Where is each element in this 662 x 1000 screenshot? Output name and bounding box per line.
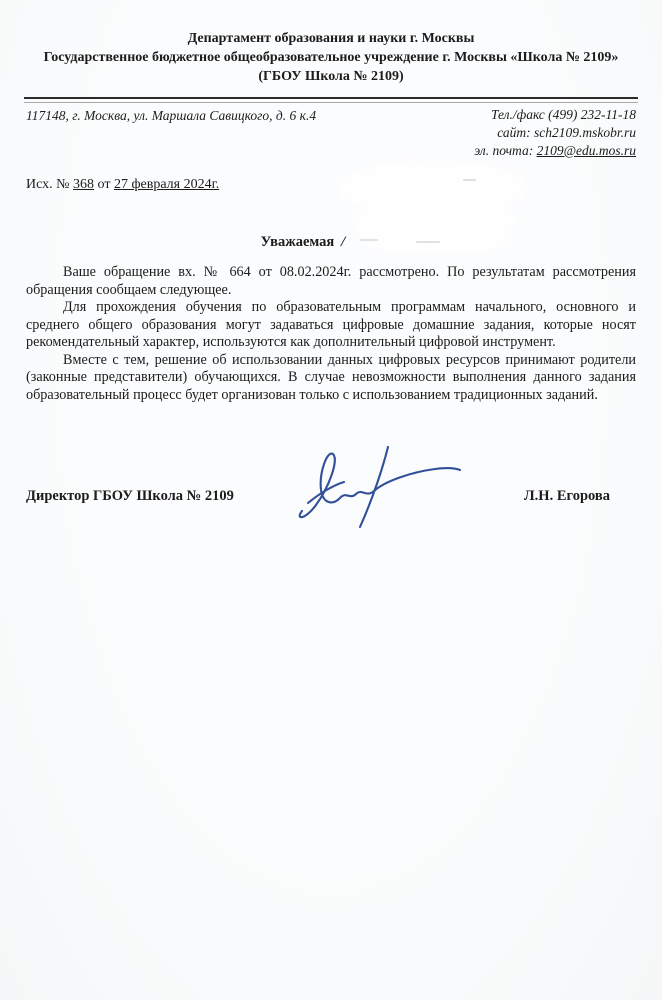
website-value: sch2109.mskobr.ru bbox=[534, 125, 636, 140]
ref-prefix: Исх. № bbox=[26, 177, 73, 192]
contact-block: 117148, г. Москва, ул. Маршала Савицкого… bbox=[0, 103, 662, 160]
redaction-ink-speck bbox=[416, 241, 440, 243]
email-label: эл. почта: bbox=[474, 143, 536, 158]
letter-body: Ваше обращение вх. № 664 от 08.02.2024г.… bbox=[0, 251, 662, 404]
paragraph-response-intro: Ваше обращение вх. № 664 от 08.02.2024г.… bbox=[26, 264, 636, 299]
handwritten-signature bbox=[292, 443, 470, 531]
signatory-position: Директор ГБОУ Школа № 2109 bbox=[26, 488, 234, 505]
letterhead: Департамент образования и науки г. Москв… bbox=[0, 0, 662, 86]
ref-date: 27 февраля 2024г. bbox=[114, 177, 219, 192]
contact-details: Тел./факс (499) 232-11-18 сайт: sch2109.… bbox=[474, 106, 636, 160]
email-value: 2109@edu.mos.ru bbox=[537, 143, 636, 158]
letterhead-line-institution: Государственное бюджетное общеобразовате… bbox=[0, 48, 662, 67]
paragraph-digital-homework: Для прохождения обучения по образователь… bbox=[26, 299, 636, 352]
signatory-name: Л.Н. Егорова bbox=[524, 488, 610, 505]
website-label: сайт: bbox=[497, 125, 534, 140]
outgoing-reference: Исх. № 368 от 27 февраля 2024г. bbox=[0, 160, 662, 193]
postal-address: 117148, г. Москва, ул. Маршала Савицкого… bbox=[26, 106, 316, 124]
redacted-name-remnant: / bbox=[339, 234, 347, 251]
salutation: Уважаемая/ bbox=[0, 234, 634, 251]
letterhead-line-abbreviation: (ГБОУ Школа № 2109) bbox=[0, 67, 662, 86]
email-line: эл. почта: 2109@edu.mos.ru bbox=[474, 142, 636, 160]
redaction-ink-speck bbox=[463, 179, 476, 181]
salutation-text: Уважаемая bbox=[261, 234, 335, 250]
redaction-ink-speck bbox=[360, 239, 378, 241]
scanned-letter: Департамент образования и науки г. Москв… bbox=[0, 0, 662, 1000]
letterhead-line-department: Департамент образования и науки г. Москв… bbox=[0, 29, 662, 48]
website-line: сайт: sch2109.mskobr.ru bbox=[474, 124, 636, 142]
paragraph-parents-decision: Вместе с тем, решение об использовании д… bbox=[26, 352, 636, 405]
phone-fax: Тел./факс (499) 232-11-18 bbox=[474, 106, 636, 124]
ref-number: 368 bbox=[73, 177, 94, 192]
whiteout-redaction bbox=[358, 226, 513, 252]
ref-infix: от bbox=[94, 177, 114, 192]
